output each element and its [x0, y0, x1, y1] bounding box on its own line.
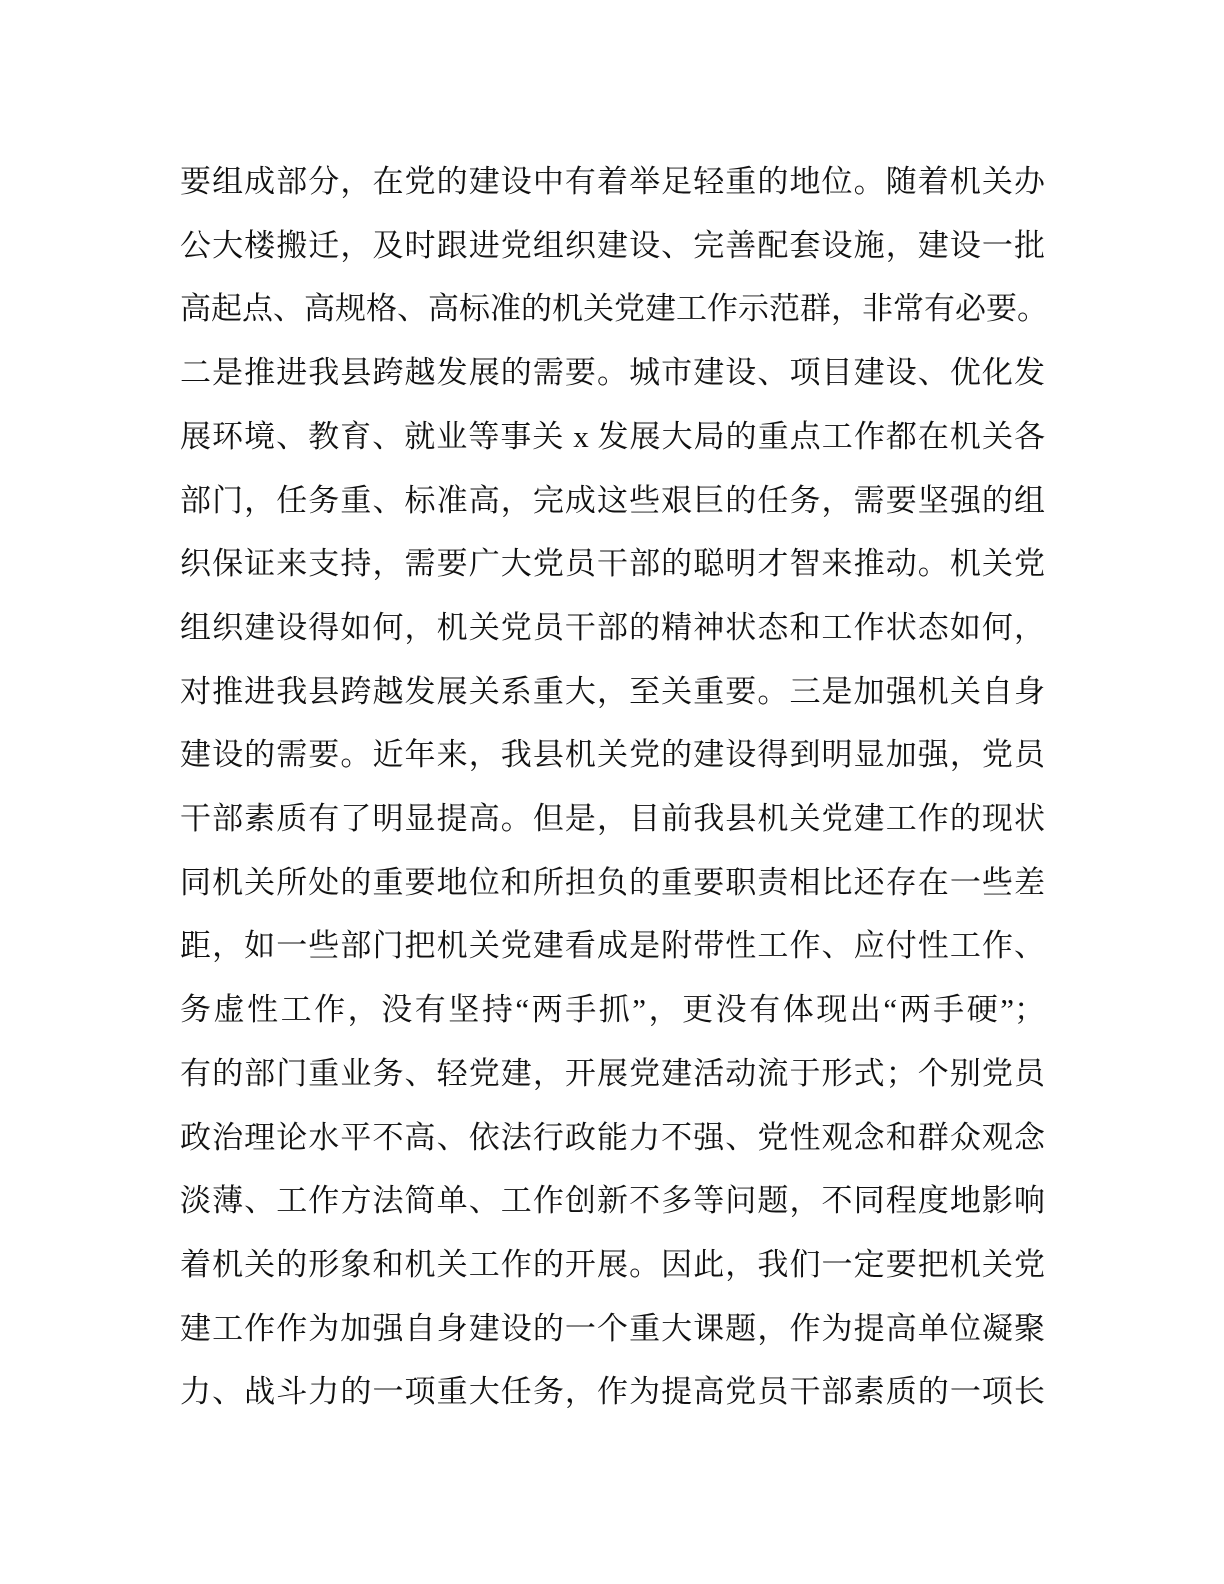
text-line: 距，如一些部门把机关党建看成是附带性工作、应付性工作、 — [180, 914, 1045, 978]
text-line: 力、战斗力的一项重大任务，作为提高党员干部素质的一项长 — [180, 1360, 1045, 1424]
text-line: 展环境、教育、就业等事关 x 发展大局的重点工作都在机关各 — [180, 405, 1045, 469]
text-line: 建工作作为加强自身建设的一个重大课题，作为提高单位凝聚 — [180, 1297, 1045, 1361]
text-line: 干部素质有了明显提高。但是，目前我县机关党建工作的现状 — [180, 787, 1045, 851]
text-line: 要组成部分，在党的建设中有着举足轻重的地位。随着机关办 — [180, 150, 1045, 214]
text-line: 对推进我县跨越发展关系重大，至关重要。三是加强机关自身 — [180, 660, 1045, 724]
text-line: 有的部门重业务、轻党建，开展党建活动流于形式；个别党员 — [180, 1042, 1045, 1106]
text-line: 组织建设得如何，机关党员干部的精神状态和工作状态如何， — [180, 596, 1045, 660]
text-line: 二是推进我县跨越发展的需要。城市建设、项目建设、优化发 — [180, 341, 1045, 405]
text-line: 同机关所处的重要地位和所担负的重要职责相比还存在一些差 — [180, 851, 1045, 915]
text-line: 着机关的形象和机关工作的开展。因此，我们一定要把机关党 — [180, 1233, 1045, 1297]
text-line: 建设的需要。近年来，我县机关党的建设得到明显加强，党员 — [180, 723, 1045, 787]
text-line: 织保证来支持，需要广大党员干部的聪明才智来推动。机关党 — [180, 532, 1045, 596]
text-line: 务虚性工作，没有坚持“两手抓”，更没有体现出“两手硬”； — [180, 978, 1045, 1042]
document-page: 要组成部分，在党的建设中有着举足轻重的地位。随着机关办 公大楼搬迁，及时跟进党组… — [0, 0, 1224, 1584]
text-line: 公大楼搬迁，及时跟进党组织建设、完善配套设施，建设一批 — [180, 214, 1045, 278]
body-text-block: 要组成部分，在党的建设中有着举足轻重的地位。随着机关办 公大楼搬迁，及时跟进党组… — [180, 150, 1045, 1424]
text-line: 部门，任务重、标准高，完成这些艰巨的任务，需要坚强的组 — [180, 469, 1045, 533]
text-line: 高起点、高规格、高标准的机关党建工作示范群，非常有必要。 — [180, 277, 1045, 341]
text-line: 政治理论水平不高、依法行政能力不强、党性观念和群众观念 — [180, 1106, 1045, 1170]
text-line: 淡薄、工作方法简单、工作创新不多等问题，不同程度地影响 — [180, 1169, 1045, 1233]
